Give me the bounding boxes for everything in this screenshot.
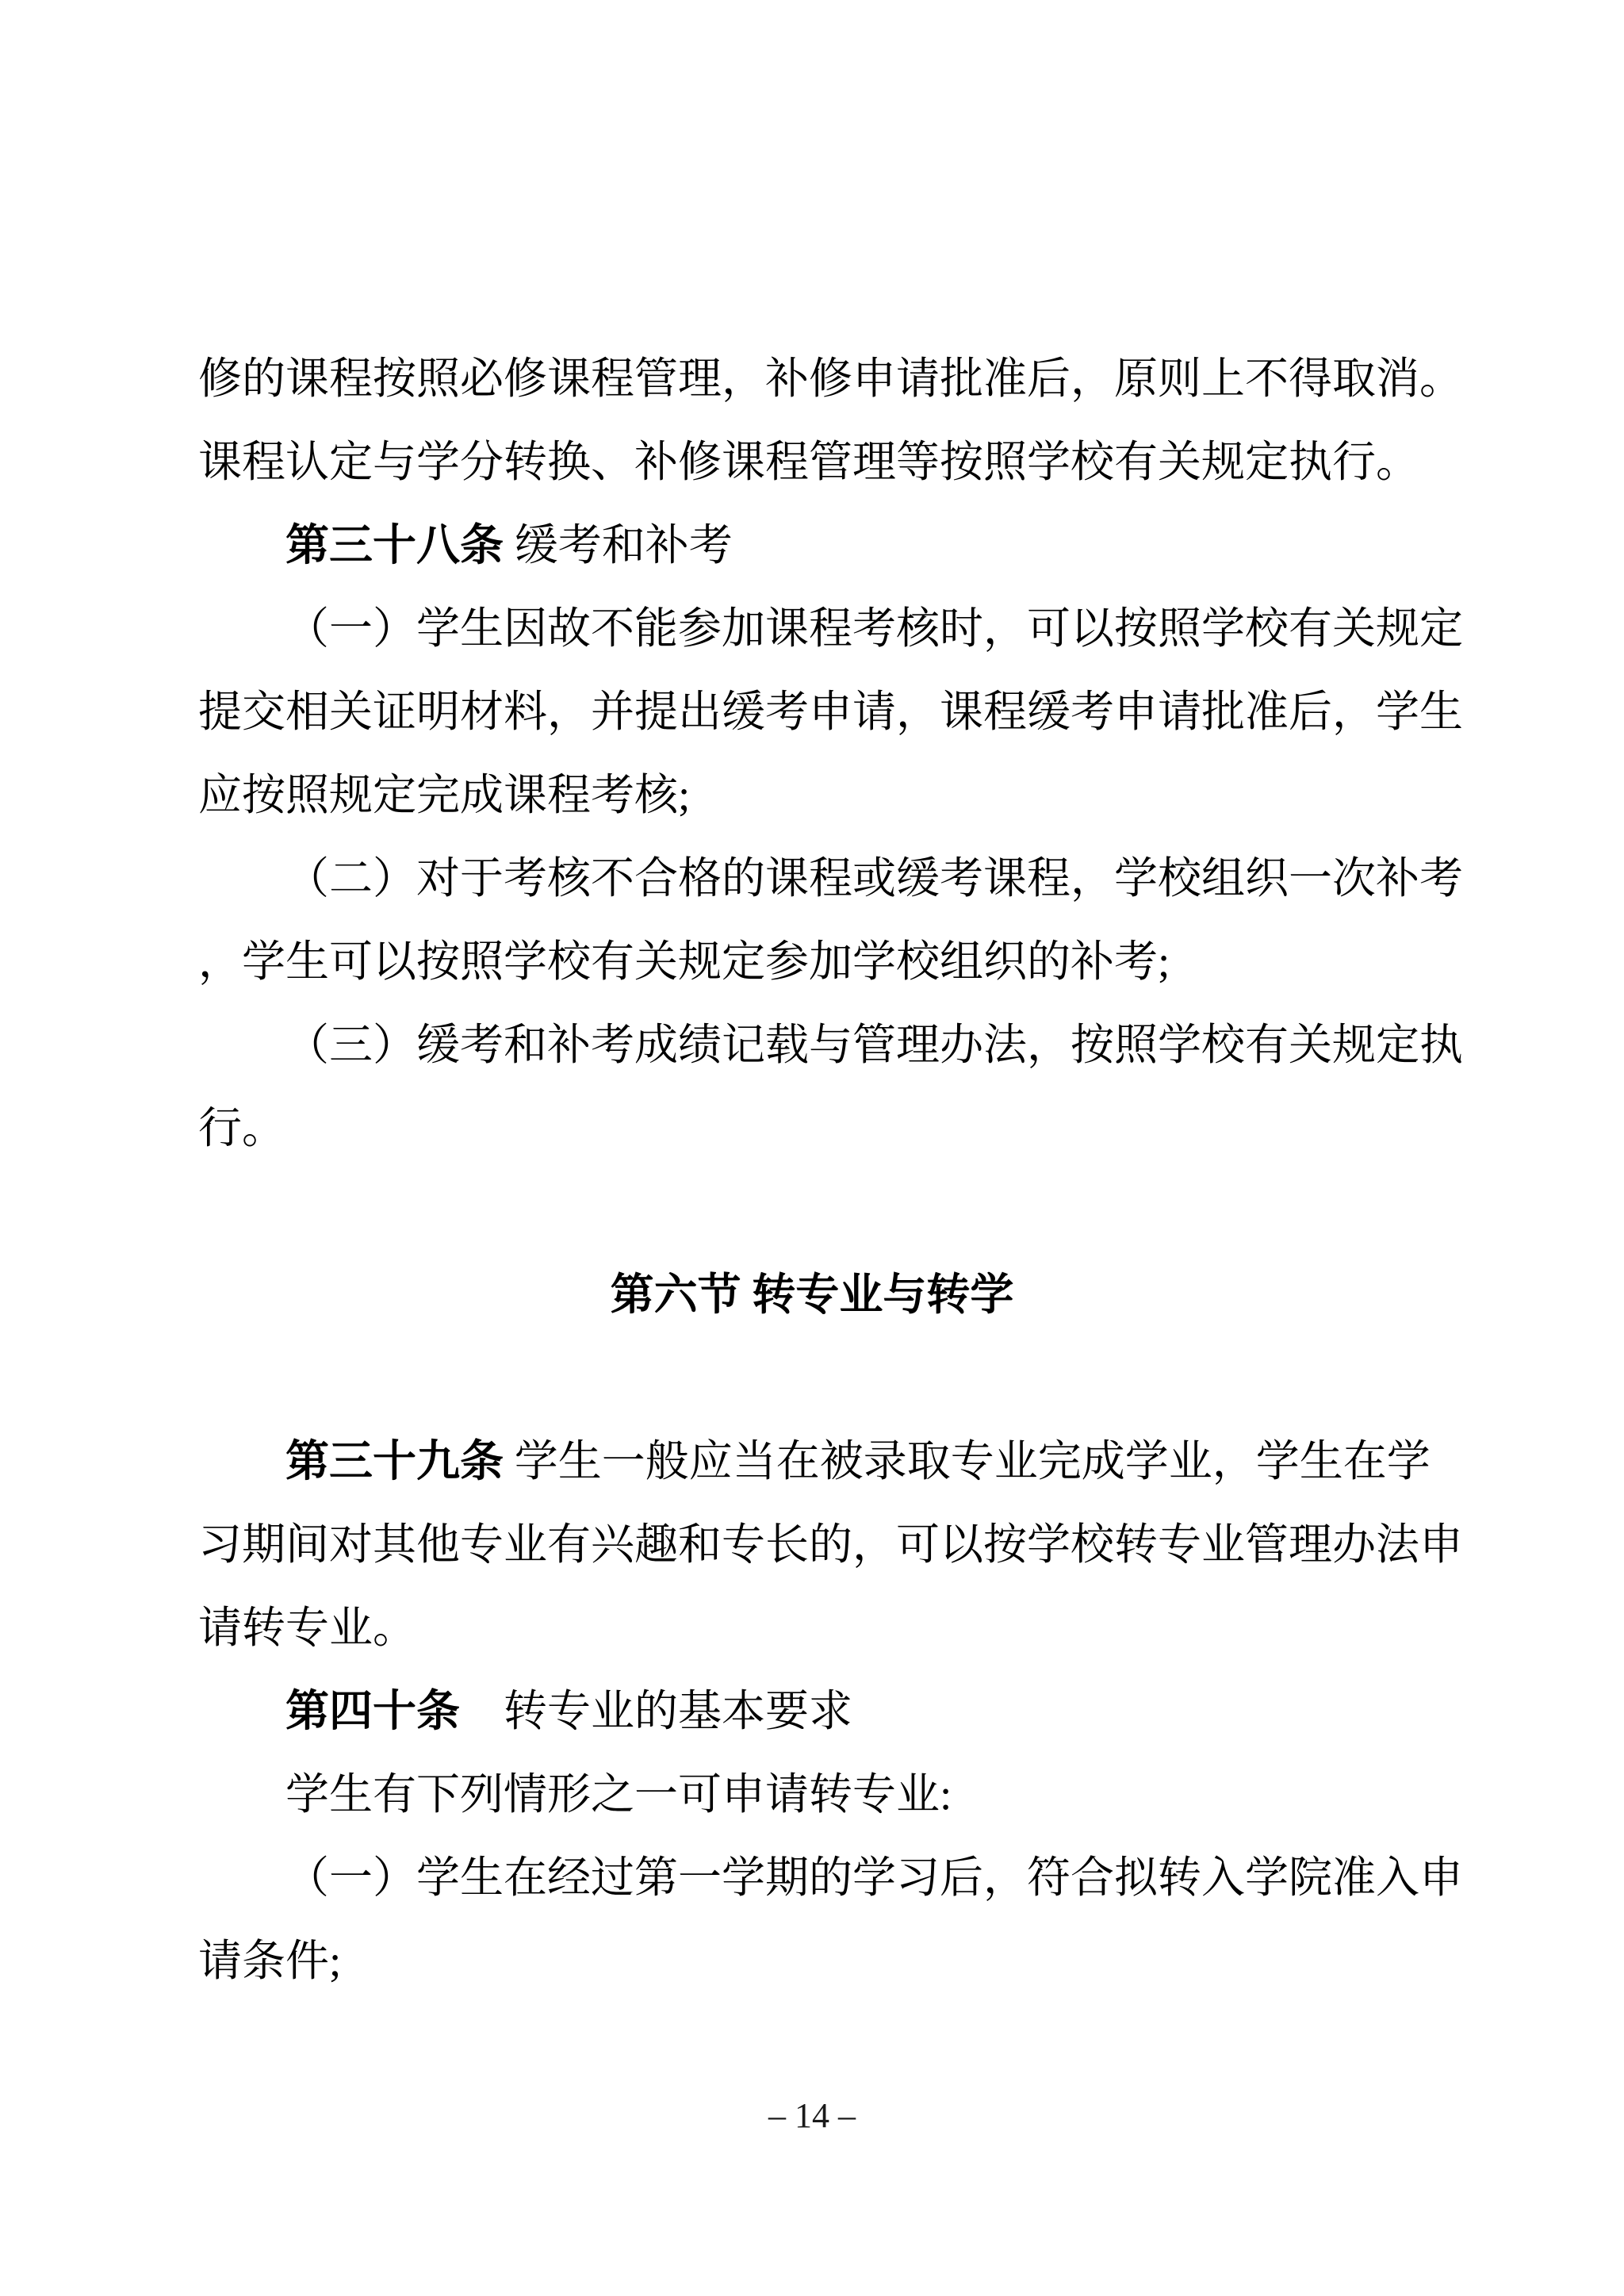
text-line: 课程认定与学分转换、补修课程管理等按照学校有关规定执行。	[198, 420, 1426, 504]
text-run: 修的课程按照必修课程管理，补修申请批准后，原则上不得取消。	[198, 355, 1463, 403]
text-run: 应按照规定完成课程考核;	[198, 771, 690, 819]
text-run: 学生有下列情形之一可申请转专业:	[285, 1770, 952, 1819]
article-39-line: 第三十九条 学生一般应当在被录取专业完成学业，学生在学	[198, 1420, 1426, 1503]
text-line: （一）学生因故不能参加课程考核时，可以按照学校有关规定	[198, 587, 1426, 670]
text-run: ，学生可以按照学校有关规定参加学校组织的补考;	[198, 937, 1170, 986]
blank-line	[198, 1336, 1426, 1420]
text-run: （二）对于考核不合格的课程或缓考课程，学校组织一次补考	[285, 854, 1463, 903]
text-run: 提交相关证明材料，并提出缓考申请，课程缓考申请批准后，学生	[198, 688, 1463, 736]
text-run: 学生一般应当在被录取专业完成学业，学生在学	[504, 1437, 1431, 1485]
text-line: 请转专业。	[198, 1586, 1426, 1669]
text-run: 请条件;	[198, 1937, 341, 1985]
text-run: 请转专业。	[198, 1604, 416, 1652]
text-line: 请条件;	[198, 1919, 1426, 2003]
text-line: ，学生可以按照学校有关规定参加学校组织的补考;	[198, 920, 1426, 1003]
text-line: 提交相关证明材料，并提出缓考申请，课程缓考申请批准后，学生	[198, 670, 1426, 753]
text-run: 第六节 转专业与转学	[611, 1271, 1014, 1319]
text-line: （一）学生在经过第一学期的学习后，符合拟转入学院准入申	[198, 1836, 1426, 1919]
document-page: { "page": { "background": "#ffffff", "te…	[0, 0, 1624, 2296]
text-run: 缓考和补考	[504, 521, 733, 569]
text-line: （三）缓考和补考成绩记载与管理办法，按照学校有关规定执	[198, 1003, 1426, 1087]
blank-line	[198, 1170, 1426, 1253]
text-run: （一）学生因故不能参加课程考核时，可以按照学校有关规定	[285, 604, 1463, 653]
text-line: 应按照规定完成课程考核;	[198, 753, 1426, 837]
article-number: 第三十八条	[285, 521, 504, 569]
text-run: （一）学生在经过第一学期的学习后，符合拟转入学院准入申	[285, 1853, 1463, 1902]
document-body: 修的课程按照必修课程管理，补修申请批准后，原则上不得取消。课程认定与学分转换、补…	[198, 337, 1426, 2003]
article-number: 第三十九条	[285, 1437, 504, 1485]
text-run: 课程认定与学分转换、补修课程管理等按照学校有关规定执行。	[198, 438, 1419, 486]
page-number: – 14 –	[0, 2095, 1624, 2136]
article-38-line: 第三十八条 缓考和补考	[198, 504, 1426, 587]
text-line: 行。	[198, 1087, 1426, 1170]
text-run: 习期间对其他专业有兴趣和专长的，可以按学校转专业管理办法申	[198, 1520, 1463, 1569]
article-40-line: 第四十条 转专业的基本要求	[198, 1669, 1426, 1753]
text-line: 修的课程按照必修课程管理，补修申请批准后，原则上不得取消。	[198, 337, 1426, 420]
text-line: （二）对于考核不合格的课程或缓考课程，学校组织一次补考	[198, 837, 1426, 920]
text-line: 学生有下列情形之一可申请转专业:	[198, 1753, 1426, 1836]
article-number: 第四十条	[285, 1687, 460, 1735]
text-run: 行。	[198, 1104, 285, 1152]
text-run: （三）缓考和补考成绩记载与管理办法，按照学校有关规定执	[285, 1021, 1463, 1069]
section-heading: 第六节 转专业与转学	[198, 1253, 1426, 1336]
text-line: 习期间对其他专业有兴趣和专长的，可以按学校转专业管理办法申	[198, 1503, 1426, 1586]
text-run: 转专业的基本要求	[460, 1687, 852, 1735]
